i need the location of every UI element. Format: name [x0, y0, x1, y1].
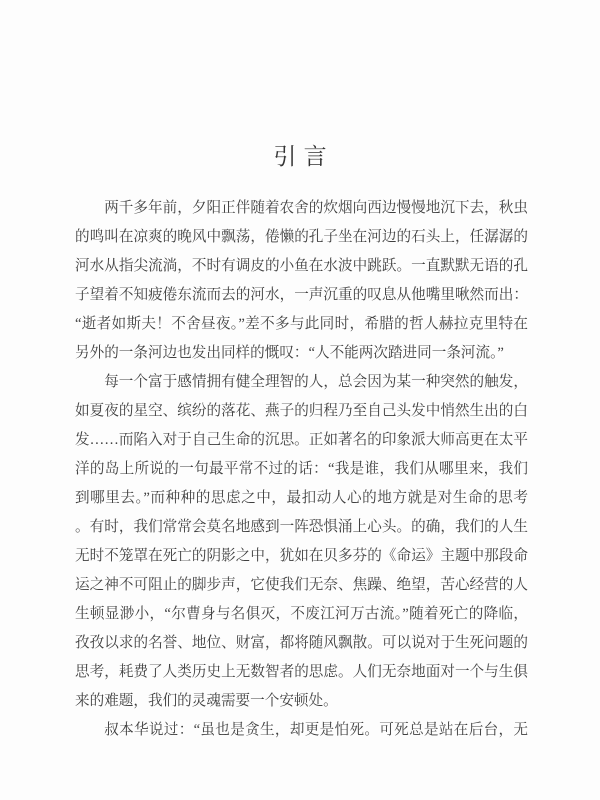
text-line: 来的难题，我们的灵魂需要一个安顿处。: [75, 687, 528, 716]
text-line: 到哪里去。”而种种的思虑之中，最扣动人心的地方就是对生命的思考: [75, 484, 528, 513]
text-line: 叔本华说过：“虽也是贪生，却更是怕死。可死总是站在后台，无: [75, 716, 528, 745]
text-column: 两千多年前，夕阳正伴随着农舍的炊烟向西边慢慢地沉下去，秋虫的鸣叫在凉爽的晚风中飘…: [75, 194, 528, 745]
text-line: 生顿显渺小，“尔曹身与名俱灭，不废江河万古流。”随着死亡的降临，: [75, 600, 528, 629]
text-line: 无时不笼罩在死亡的阴影之中，犹如在贝多芬的《命运》主题中那段命: [75, 542, 528, 571]
text-line: “逝者如斯夫！不舍昼夜。”差不多与此同时，希腊的哲人赫拉克里特在: [75, 310, 528, 339]
text-line: 。有时，我们常常会莫名地感到一阵恐惧涌上心头。的确，我们的人生: [75, 513, 528, 542]
text-line: 河水从指尖流淌，不时有调皮的小鱼在水波中跳跃。一直默默无语的孔: [75, 252, 528, 281]
text-line: 每一个富于感情拥有健全理智的人，总会因为某一种突然的触发，: [75, 368, 528, 397]
text-line: 子望着不知疲倦东流而去的河水，一声沉重的叹息从他嘴里啾然而出：: [75, 281, 528, 310]
text-line: 另外的一条河边也发出同样的慨叹：“人不能两次踏进同一条河流。”: [75, 339, 528, 368]
text-line: 如夏夜的星空、缤纷的落花、燕子的归程乃至自己头发中悄然生出的白: [75, 397, 528, 426]
text-line: 运之神不可阻止的脚步声，它使我们无奈、焦躁、绝望，苦心经营的人: [75, 571, 528, 600]
text-line: 思考，耗费了人类历史上无数智者的思虑。人们无奈地面对一个与生俱: [75, 658, 528, 687]
text-line: 两千多年前，夕阳正伴随着农舍的炊烟向西边慢慢地沉下去，秋虫: [75, 194, 528, 223]
text-line: 孜孜以求的名誉、地位、财富，都将随风飘散。可以说对于生死问题的: [75, 629, 528, 658]
document-page: 引言 两千多年前，夕阳正伴随着农舍的炊烟向西边慢慢地沉下去，秋虫的鸣叫在凉爽的晚…: [0, 0, 600, 800]
text-line: 洋的岛上所说的一句最平常不过的话：“我是谁，我们从哪里来，我们: [75, 455, 528, 484]
text-line: 发……而陷入对于自己生命的沉思。正如著名的印象派大师高更在太平: [75, 426, 528, 455]
page-title: 引言: [0, 143, 600, 171]
text-line: 的鸣叫在凉爽的晚风中飘荡，倦懒的孔子坐在河边的石头上，任潺潺的: [75, 223, 528, 252]
